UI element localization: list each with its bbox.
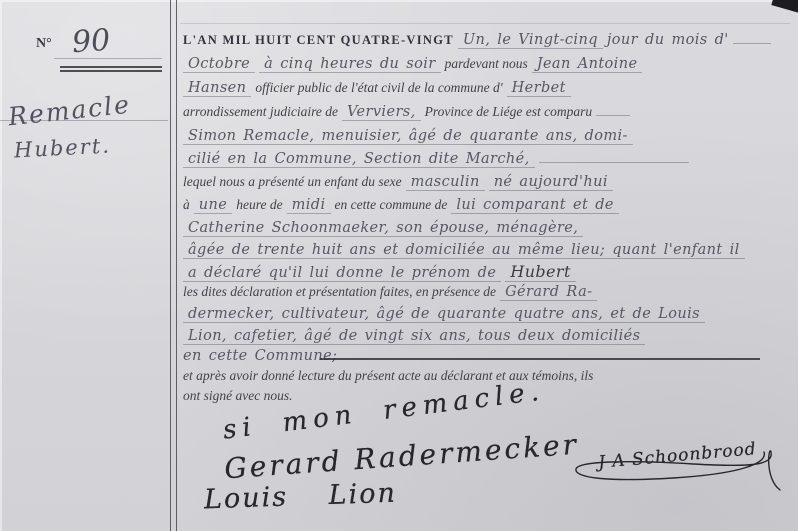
- act-line-5: Simon Remacle, menuisier, âgé de quarant…: [183, 127, 789, 145]
- handwritten-text: Hubert: [505, 262, 575, 282]
- closing-rule: [320, 358, 760, 360]
- civil-register-page: N° 90 Remacle Hubert. L'AN MIL HUIT CENT…: [0, 0, 798, 531]
- act-line-4: arrondissement judiciaire de Verviers, P…: [183, 103, 789, 121]
- act-line-1: L'AN MIL HUIT CENT QUATRE-VINGT Un, le V…: [183, 31, 789, 49]
- handwritten-text: midi: [287, 197, 331, 214]
- ruled-line: [0, 120, 168, 121]
- act-line-12: les dites déclaration et présentation fa…: [183, 283, 789, 301]
- handwritten-text: Herbet: [507, 80, 571, 97]
- act-line-11: a déclaré qu'il lui donne le prénom de H…: [183, 262, 789, 282]
- handwritten-text: Catherine Schoonmaeker, son épouse, ména…: [183, 220, 583, 237]
- act-line-10: âgée de trente huit ans et domiciliée au…: [183, 241, 789, 259]
- handwritten-text: Jean Antoine: [532, 56, 643, 73]
- printed-text: Province de Liége est comparu: [425, 104, 592, 119]
- printed-text: ont signé avec nous.: [183, 388, 292, 403]
- handwritten-text: lui comparant et de: [451, 197, 619, 214]
- printed-text: heure de: [236, 197, 282, 212]
- handwritten-text: Simon Remacle, menuisier, âgé de quarant…: [183, 128, 633, 145]
- margin-surname: Remacle: [7, 90, 132, 132]
- act-line-9: Catherine Schoonmaeker, son épouse, ména…: [183, 219, 789, 237]
- handwritten-text: Un, le Vingt-cinq: [458, 32, 603, 49]
- handwritten-text: Octobre: [183, 56, 255, 73]
- ruled-line: [60, 70, 162, 72]
- handwritten-text: né aujourd'hui: [489, 174, 613, 191]
- handwritten-text: âgée de trente huit ans et domiciliée au…: [183, 242, 745, 259]
- handwritten-text: dermecker, cultivateur, âgé de quarante …: [183, 306, 705, 323]
- handwritten-text: une: [194, 197, 232, 214]
- act-line-3: Hansen officier public de l'état civil d…: [183, 79, 789, 97]
- printed-text: officier public de l'état civil de la co…: [255, 80, 502, 95]
- handwritten-text: a déclaré qu'il lui donne le prénom de: [183, 265, 501, 282]
- blank-rule: [733, 31, 771, 44]
- act-line-15: en cette Commune;: [183, 347, 789, 365]
- handwritten-text: Verviers,: [342, 104, 421, 121]
- act-line-13: dermecker, cultivateur, âgé de quarante …: [183, 305, 789, 323]
- ruled-line: [180, 23, 790, 24]
- signature-witness-2: Louis Lion: [204, 478, 398, 516]
- handwritten-text: jour du mois d': [607, 32, 729, 48]
- printed-text: L'AN MIL HUIT CENT QUATRE-VINGT: [183, 33, 454, 47]
- act-number-value: 90: [71, 23, 112, 61]
- page-corner-mark: [771, 0, 798, 14]
- handwritten-text: à cinq heures du soir: [259, 56, 440, 73]
- ruled-line: [60, 66, 162, 68]
- margin-divider-line: [170, 0, 177, 531]
- printed-text: en cette commune de: [335, 197, 448, 212]
- handwritten-text: Hansen: [183, 80, 251, 97]
- act-line-6: cilié en la Commune, Section dite Marché…: [183, 150, 789, 168]
- blank-rule: [596, 103, 630, 116]
- blank-rule: [539, 150, 689, 163]
- act-line-7: lequel nous a présenté un enfant du sexe…: [183, 173, 789, 191]
- signature-flourish: [568, 438, 788, 500]
- handwritten-text: masculin: [406, 174, 485, 191]
- printed-text: à: [183, 197, 190, 212]
- handwritten-text: Gérard Ra-: [500, 284, 597, 301]
- handwritten-text: en cette Commune;: [183, 348, 337, 364]
- printed-text: arrondissement judiciaire de: [183, 104, 338, 119]
- act-line-2: Octobre à cinq heures du soir pardevant …: [183, 55, 789, 73]
- printed-text: lequel nous a présenté un enfant du sexe: [183, 174, 402, 189]
- margin-firstname: Hubert.: [13, 133, 111, 162]
- handwritten-text: Lion, cafetier, âgé de vingt six ans, to…: [183, 328, 645, 345]
- act-line-8: à une heure de midi en cette commune de …: [183, 196, 789, 214]
- handwritten-text: cilié en la Commune, Section dite Marché…: [183, 151, 535, 168]
- printed-text: les dites déclaration et présentation fa…: [183, 284, 496, 299]
- act-number-label: N°: [36, 36, 52, 52]
- act-line-14: Lion, cafetier, âgé de vingt six ans, to…: [183, 327, 789, 345]
- printed-text: pardevant nous: [445, 56, 528, 71]
- ruled-line: [54, 58, 162, 59]
